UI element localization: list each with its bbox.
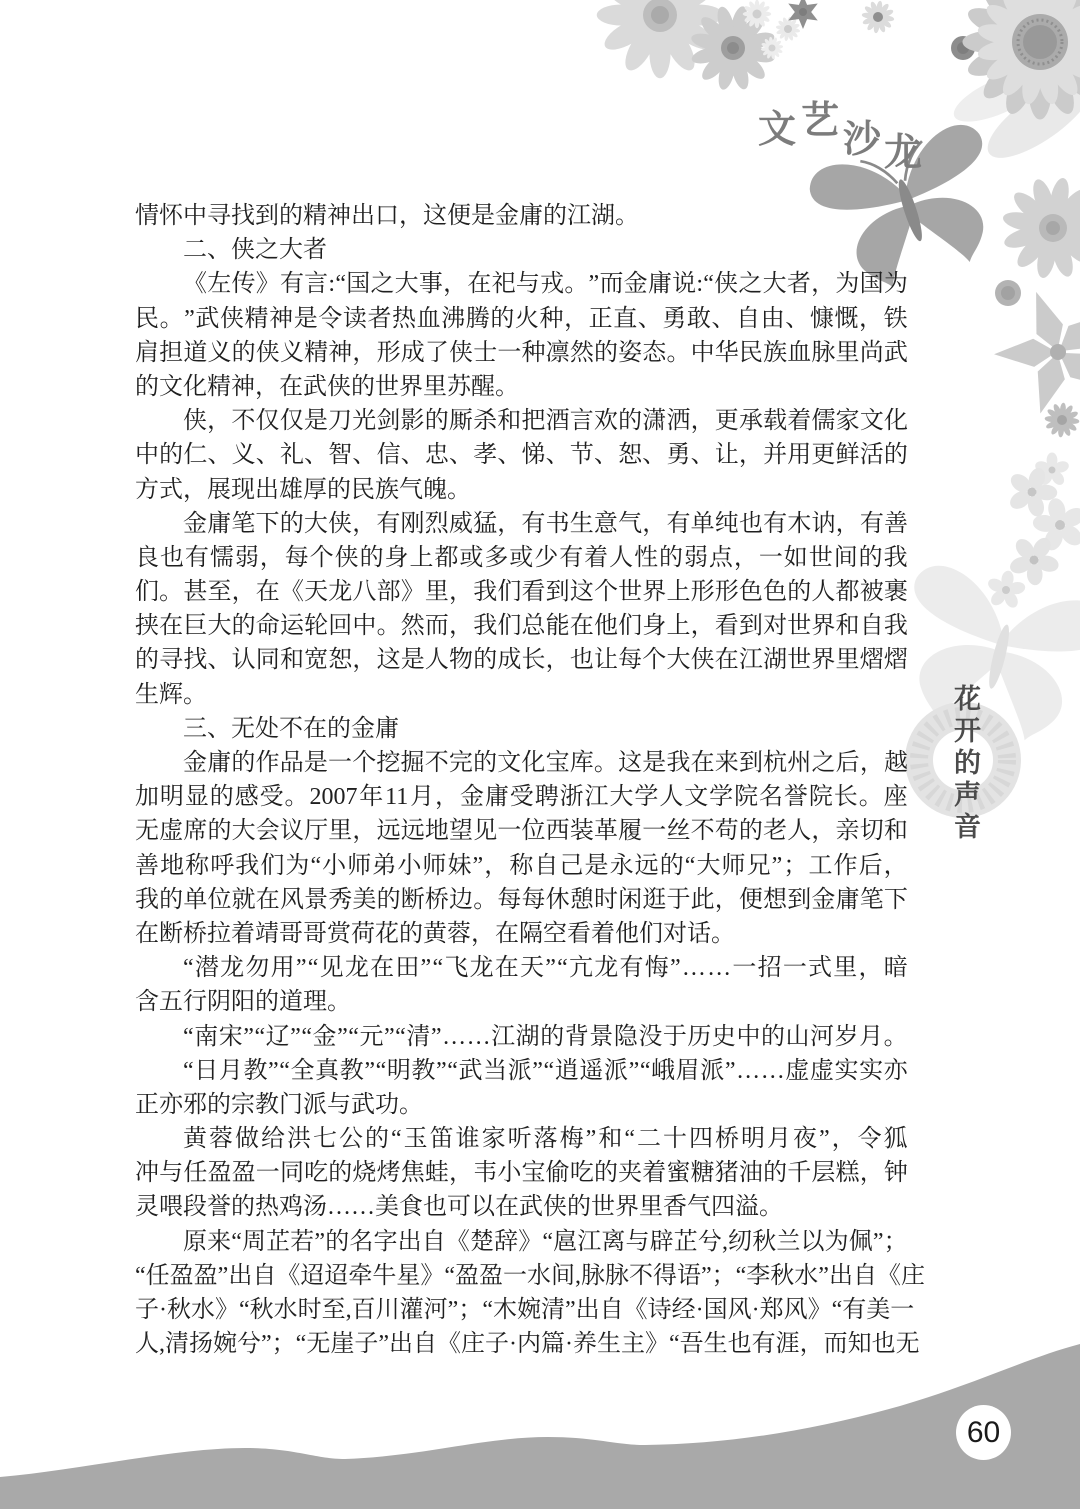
text-line: 正亦邪的宗教门派与武功。 bbox=[135, 1088, 908, 1122]
text-line: 灵喂段誉的热鸡汤……美食也可以在武侠的世界里香气四溢。 bbox=[135, 1190, 908, 1224]
text-line: 情怀中寻找到的精神出口，这便是金庸的江湖。 bbox=[135, 199, 908, 233]
text-line: 子·秋水》“秋水时至,百川灌河”；“木婉清”出自《诗经·国风·郑风》“有美一 bbox=[135, 1293, 908, 1327]
text-line: 肩担道义的侠义精神，形成了侠士一种凛然的姿态。中华民族血脉里尚武 bbox=[135, 336, 908, 370]
text-line: 含五行阴阳的道理。 bbox=[135, 985, 908, 1019]
right-margin-flowers bbox=[975, 168, 1080, 612]
text-line: 的寻找、认同和宽恕，这是人物的成长，也让每个大侠在江湖世界里熠熠 bbox=[135, 643, 908, 677]
header-char: 沙 bbox=[843, 108, 881, 163]
article-text: 情怀中寻找到的精神出口，这便是金庸的江湖。二、侠之大者《左传》有言:“国之大事，… bbox=[135, 199, 908, 1361]
text-line: 冲与任盈盈一同吃的烧烤焦蛙，韦小宝偷吃的夹着蜜糖猪油的千层糕，钟 bbox=[135, 1156, 908, 1190]
header-char: 文 bbox=[758, 98, 796, 153]
page-number-badge: 60 bbox=[956, 1405, 1011, 1460]
text-line: 良也有懦弱，每个侠的身上都或多或少有着人性的弱点，一如世间的我 bbox=[135, 541, 908, 575]
text-line: 无虚席的大会议厅里，远远地望见一位西装革履一丝不苟的老人，亲切和 bbox=[135, 814, 908, 848]
header-char: 龙 bbox=[884, 121, 922, 176]
side-label: 花开的声音 bbox=[946, 684, 985, 859]
text-line: “日月教”“全真教”“明教”“武当派”“逍遥派”“峨眉派”……虚虚实实亦 bbox=[135, 1054, 908, 1088]
text-line: 黄蓉做给洪七公的“玉笛谁家听落梅”和“二十四桥明月夜”，令狐 bbox=[135, 1122, 908, 1156]
page-number: 60 bbox=[967, 1416, 1000, 1450]
text-line: 生辉。 bbox=[135, 678, 908, 712]
text-line: 金庸笔下的大侠，有刚烈威猛，有书生意气，有单纯也有木讷，有善 bbox=[135, 507, 908, 541]
text-line: 人,清扬婉兮”；“无崖子”出自《庄子·内篇·养生主》“吾生也有涯，而知也无 bbox=[135, 1327, 908, 1361]
text-line: “任盈盈”出自《迢迢牵牛星》“盈盈一水间,脉脉不得语”；“李秋水”出自《庄 bbox=[135, 1259, 908, 1293]
text-line: “南宋”“辽”“金”“元”“清”……江湖的背景隐没于历史中的山河岁月。 bbox=[135, 1020, 908, 1054]
book-page: 文 艺 沙 龙 情怀中寻找到的精神出口，这便是金庸的江湖。二、侠之大者《左传》有… bbox=[0, 0, 1080, 1509]
text-line: 原来“周芷若”的名字出自《楚辞》“扈江离与辟芷兮,纫秋兰以为佩”； bbox=[135, 1225, 908, 1259]
text-line: 金庸的作品是一个挖掘不完的文化宝库。这是我在来到杭州之后，越 bbox=[135, 746, 908, 780]
text-line: 我的单位就在风景秀美的断桥边。每每休憩时闲逛于此，便想到金庸笔下 bbox=[135, 883, 908, 917]
text-line: 方式，展现出雄厚的民族气魄。 bbox=[135, 473, 908, 507]
text-line: “潜龙勿用”“见龙在田”“飞龙在天”“亢龙有悔”……一招一式里，暗 bbox=[135, 951, 908, 985]
text-line: 三、无处不在的金庸 bbox=[135, 712, 908, 746]
text-line: 善地称呼我们为“小师弟小师妹”，称自己是永远的“大师兄”；工作后， bbox=[135, 849, 908, 883]
text-line: 《左传》有言:“国之大事，在祀与戎。”而金庸说:“侠之大者，为国为 bbox=[135, 267, 908, 301]
text-line: 民。”武侠精神是令读者热血沸腾的火种，正直、勇敢、自由、慷慨，铁 bbox=[135, 302, 908, 336]
bottom-wave bbox=[0, 1344, 1080, 1509]
text-line: 中的仁、义、礼、智、信、忠、孝、悌、节、恕、勇、让，并用更鲜活的 bbox=[135, 438, 908, 472]
text-line: 在断桥拉着靖哥哥赏荷花的黄蓉，在隔空看着他们对话。 bbox=[135, 917, 908, 951]
header-char: 艺 bbox=[801, 89, 839, 144]
text-line: 们。甚至，在《天龙八部》里，我们看到这个世界上形形色色的人都被裹 bbox=[135, 575, 908, 609]
text-line: 侠，不仅仅是刀光剑影的厮杀和把酒言欢的潇洒，更承载着儒家文化 bbox=[135, 404, 908, 438]
top-right-flower-cluster bbox=[597, 0, 1080, 172]
text-line: 二、侠之大者 bbox=[135, 233, 908, 267]
text-line: 挟在巨大的命运轮回中。然而，我们总能在他们身上，看到对世界和自我 bbox=[135, 609, 908, 643]
text-line: 的文化精神，在武侠的世界里苏醒。 bbox=[135, 370, 908, 404]
text-line: 加明显的感受。2007 年 11 月，金庸受聘浙江大学人文学院名誉院长。座 bbox=[135, 780, 908, 814]
